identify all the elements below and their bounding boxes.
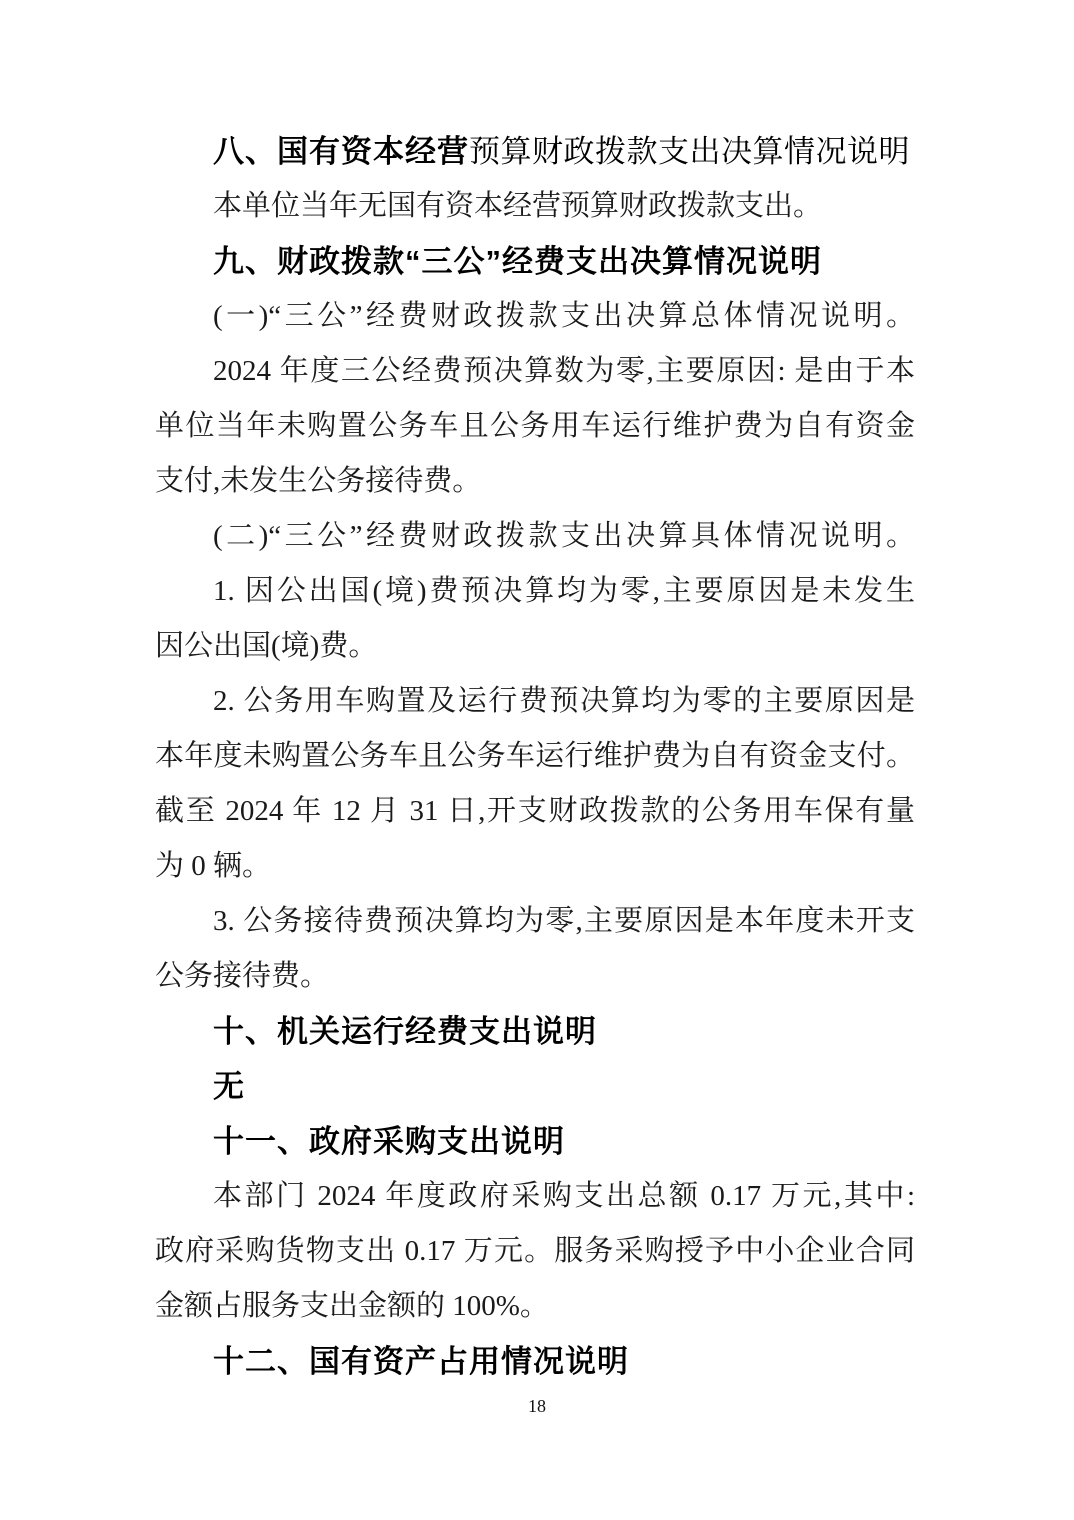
para-procurement-line-1: 本部门 2024 年度政府采购支出总额 0.17 万元,其中: <box>155 1169 915 1224</box>
para-overall-explanation-line-3: 支付,未发生公务接待费。 <box>155 454 915 509</box>
para-overall-explanation-line-2: 单位当年未购置公务车且公务用车运行维护费为自有资金 <box>155 399 915 454</box>
para-overall-explanation-line-1: 2024 年度三公经费预决算数为零,主要原因: 是由于本 <box>155 344 915 399</box>
para-item-2-line-1: 2. 公务用车购置及运行费预决算均为零的主要原因是 <box>155 674 915 729</box>
para-procurement-line-2: 政府采购货物支出 0.17 万元。服务采购授予中小企业合同 <box>155 1224 915 1279</box>
heading-none-text: 无 <box>155 1059 915 1114</box>
heading-section-8-light: 预算财政拨款支出决算情况说明 <box>469 134 910 169</box>
heading-section-12: 十二、国有资产占用情况说明 <box>155 1334 915 1389</box>
page-number: 18 <box>528 1396 546 1416</box>
para-item-2-line-4: 为 0 辆。 <box>155 839 915 894</box>
para-subsection-1-title: (一)“三公”经费财政拨款支出决算总体情况说明。 <box>155 289 915 344</box>
para-item-3-line-1: 3. 公务接待费预决算均为零,主要原因是本年度未开支 <box>155 894 915 949</box>
para-item-3-line-2: 公务接待费。 <box>155 949 915 1004</box>
heading-section-8: 八、国有资本经营预算财政拨款支出决算情况说明 <box>155 124 915 179</box>
heading-section-9: 九、财政拨款“三公”经费支出决算情况说明 <box>155 234 915 289</box>
heading-section-11: 十一、政府采购支出说明 <box>155 1114 915 1169</box>
text-block: 八、国有资本经营预算财政拨款支出决算情况说明 本单位当年无国有资本经营预算财政拨… <box>155 124 915 1389</box>
para-item-2-line-3: 截至 2024 年 12 月 31 日,开支财政拨款的公务用车保有量 <box>155 784 915 839</box>
para-item-2-line-2: 本年度未购置公务车且公务车运行维护费为自有资金支付。 <box>155 729 915 784</box>
para-subsection-2-title: (二)“三公”经费财政拨款支出决算具体情况说明。 <box>155 509 915 564</box>
heading-section-10: 十、机关运行经费支出说明 <box>155 1004 915 1059</box>
document-page: 八、国有资本经营预算财政拨款支出决算情况说明 本单位当年无国有资本经营预算财政拨… <box>0 0 1074 1520</box>
para-section-8-body: 本单位当年无国有资本经营预算财政拨款支出。 <box>155 179 915 234</box>
page-footer: 18 <box>0 1396 1074 1417</box>
para-item-1-line-2: 因公出国(境)费。 <box>155 619 915 674</box>
para-item-1-line-1: 1. 因公出国(境)费预决算均为零,主要原因是未发生 <box>155 564 915 619</box>
heading-section-8-bold: 八、国有资本经营 <box>213 134 469 169</box>
para-procurement-line-3: 金额占服务支出金额的 100%。 <box>155 1279 915 1334</box>
